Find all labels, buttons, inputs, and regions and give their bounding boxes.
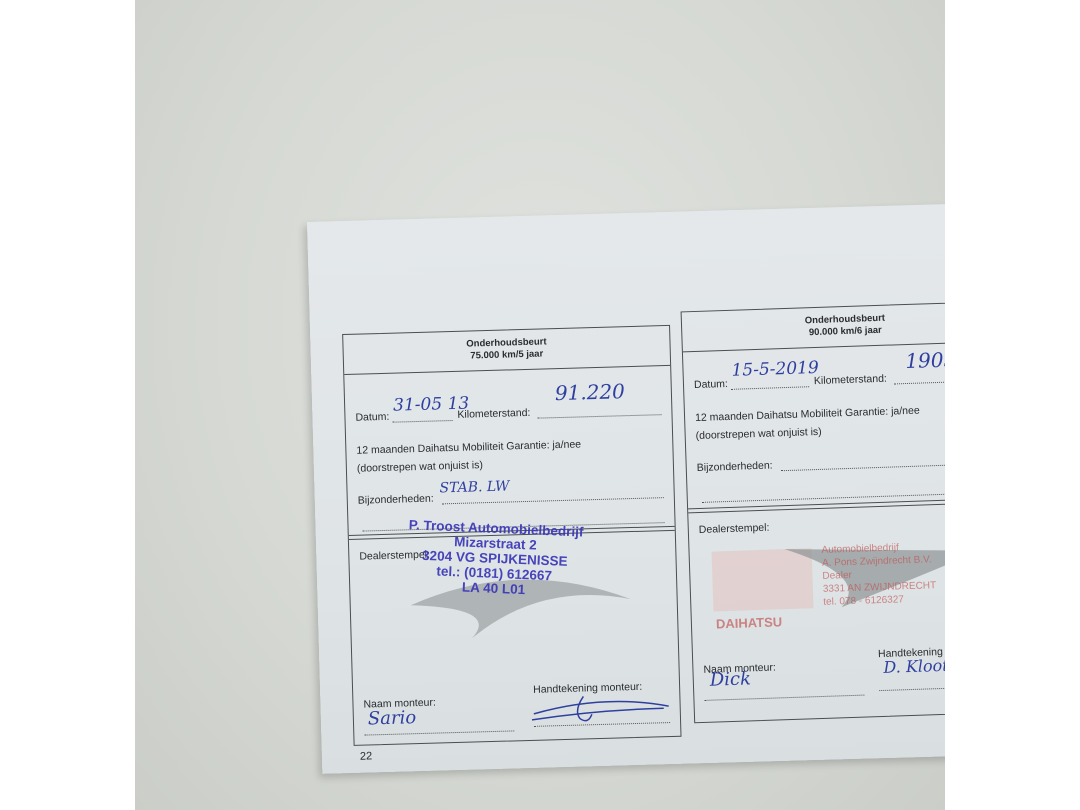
garantie-note: (doorstrepen wat onjuist is) (357, 459, 483, 475)
bijzonderheden-label: Bijzonderheden: (358, 493, 434, 507)
garantie-note: (doorstrepen wat onjuist is) (696, 426, 822, 442)
km-handwritten: 190573 (905, 347, 945, 374)
stamp-brand: DAIHATSU (716, 615, 783, 630)
signature-scribble (523, 686, 674, 730)
km-handwritten: 91.220 (555, 379, 626, 405)
bijzonderheden-label: Bijzonderheden: (697, 460, 773, 475)
km-dotted-line (537, 404, 661, 418)
handtekening-dotted-line (879, 676, 945, 691)
document-photo: Onderhoudsbeurt 75.000 km/5 jaar Datum: … (135, 0, 945, 810)
dealer-label: Dealerstempel: (699, 522, 770, 536)
bijzonderheden-dotted-line-2 (702, 482, 945, 503)
service-card-75000: Onderhoudsbeurt 75.000 km/5 jaar Datum: … (342, 325, 681, 746)
card-header: Onderhoudsbeurt 90.000 km/6 jaar (682, 302, 945, 353)
bijzonderheden-dotted-line (781, 453, 945, 471)
garantie-text: 12 maanden Daihatsu Mobiliteit Garantie:… (356, 438, 581, 456)
garantie-text: 12 maanden Daihatsu Mobiliteit Garantie:… (695, 405, 920, 424)
naam-monteur-handwritten: Dick (709, 668, 751, 690)
datum-handwritten: 15-5-2019 (731, 358, 819, 381)
dealer-stamp-blue: P. Troost Automobielbedrijf Mizarstraat … (406, 517, 584, 599)
km-label: Kilometerstand: (457, 407, 530, 421)
handtekening-handwritten: D. Klootwijk (883, 655, 945, 677)
card-header: Onderhoudsbeurt 75.000 km/5 jaar (343, 326, 670, 375)
maintenance-booklet-page: Onderhoudsbeurt 75.000 km/5 jaar Datum: … (307, 202, 945, 774)
naam-monteur-handwritten: Sario (368, 707, 417, 729)
dealer-stamp-red: Automobielbedrijf A. Pons Zwijndrecht B.… (821, 540, 936, 609)
service-card-90000: Onderhoudsbeurt 90.000 km/6 jaar Datum: … (681, 301, 945, 724)
datum-label: Datum: (694, 378, 728, 391)
datum-label: Datum: (355, 411, 389, 424)
page-number: 22 (360, 750, 373, 762)
bijzonderheden-handwritten: STAB. LW (439, 478, 509, 496)
km-label: Kilometerstand: (814, 373, 887, 387)
